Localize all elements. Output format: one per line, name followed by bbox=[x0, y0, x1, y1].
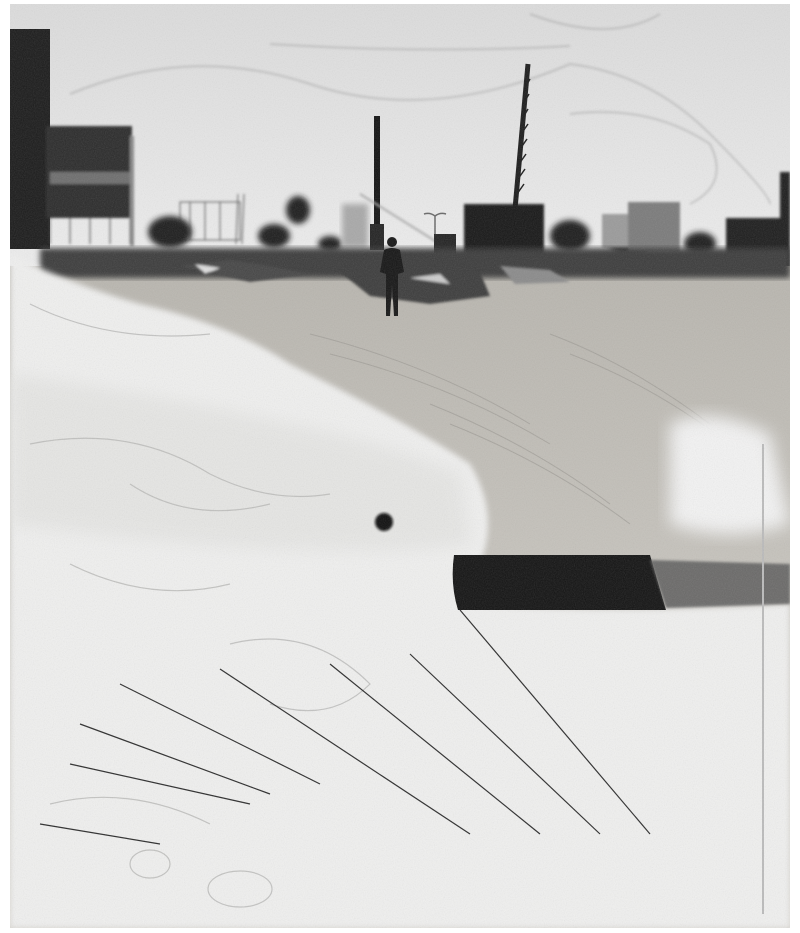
photo-scene bbox=[10, 4, 790, 928]
photograph: Damaged black-and-white photograph of an… bbox=[10, 4, 790, 928]
